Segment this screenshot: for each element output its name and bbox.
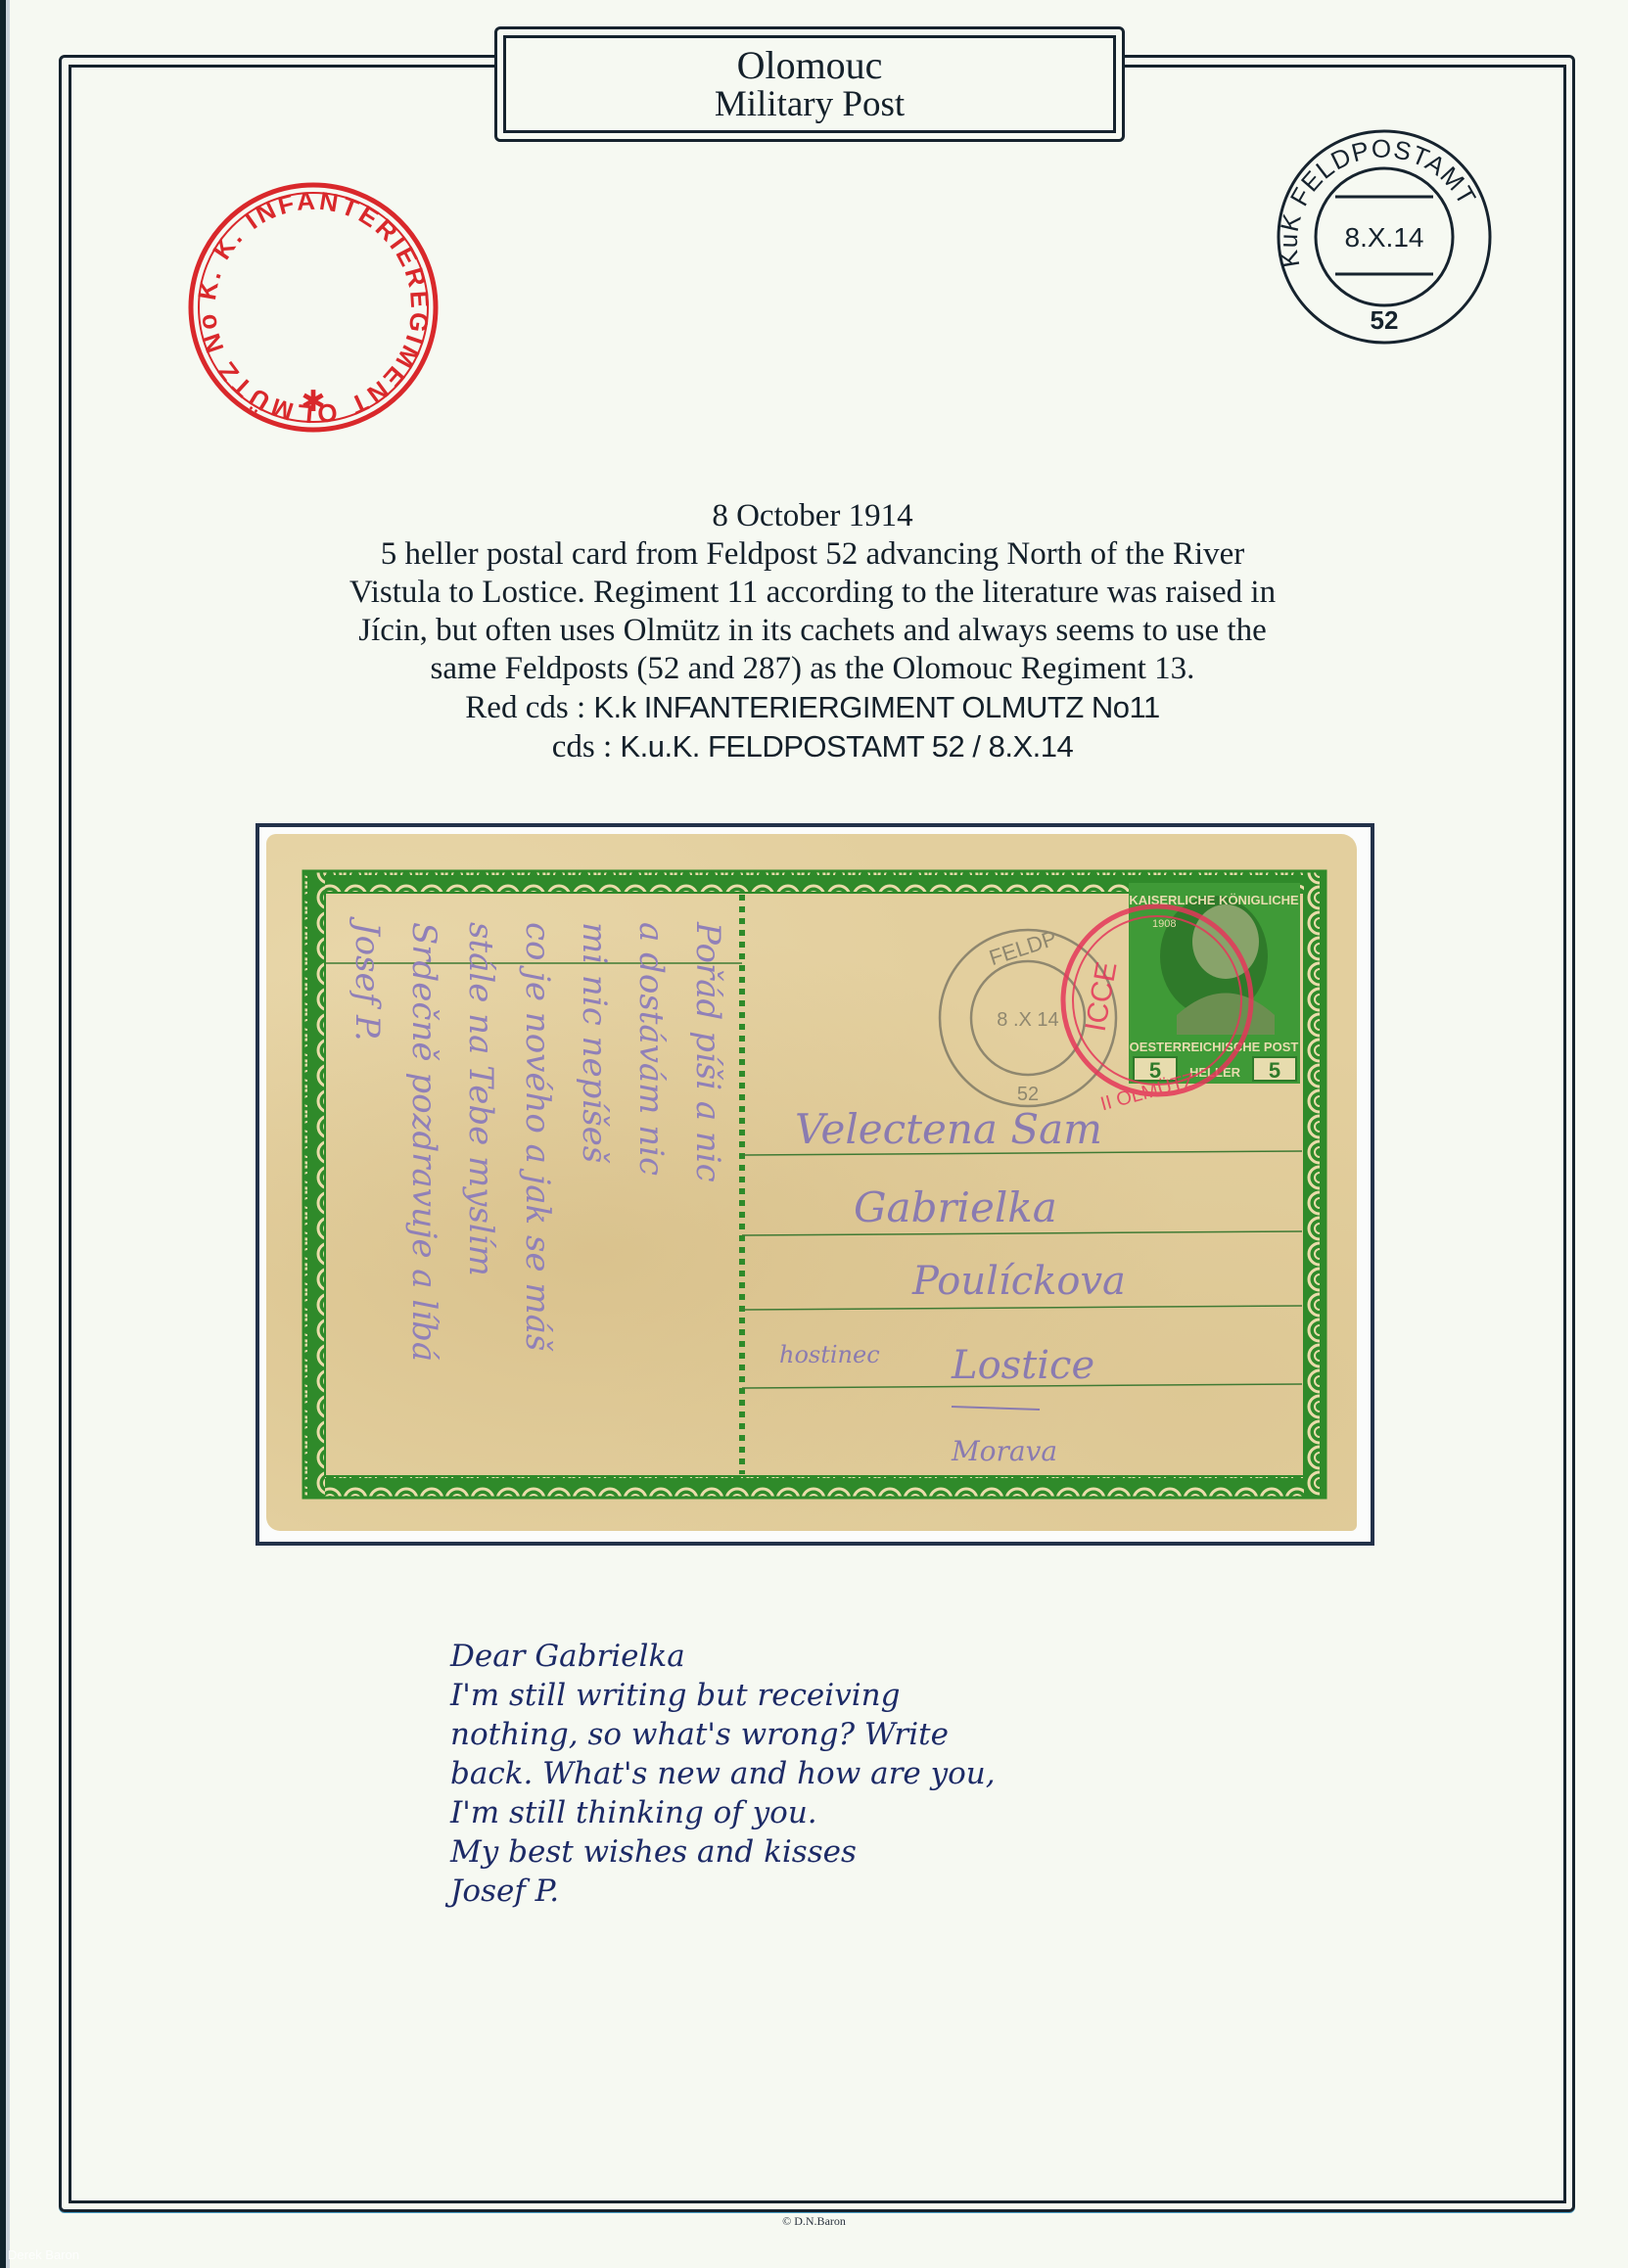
svg-text:Poulíckova: Poulíckova: [911, 1259, 1126, 1304]
address-handwriting: Velectena Sam Gabrielka Poulíckova hosti…: [779, 1105, 1126, 1467]
page-title: Olomouc: [737, 46, 883, 86]
svg-text:Pořád píši a nic: Pořád píši a nic: [688, 921, 727, 1182]
star-icon: ✱: [301, 385, 325, 419]
letter-line: nothing, so what's wrong? Write: [450, 1715, 1136, 1754]
imprinted-stamp-icon: KAISERLICHE KÖNIGLICHE OESTERREICHISCHE …: [1129, 883, 1300, 1084]
cds-line: cds : K.u.K. FELDPOSTAMT 52 / 8.X.14: [235, 727, 1390, 766]
watermark: Derek Baron: [8, 2247, 79, 2262]
description-block: 8 October 1914 5 heller postal card from…: [235, 497, 1390, 766]
svg-text:mi nic nepíšeš: mi nic nepíšeš: [575, 922, 614, 1164]
cds-date: 8.X.14: [1345, 222, 1424, 253]
svg-text:Velectena Sam: Velectena Sam: [795, 1105, 1102, 1153]
svg-text:FELDP: FELDP: [986, 925, 1059, 970]
frame-right: [1304, 871, 1326, 1498]
page-subtitle: Military Post: [715, 86, 905, 123]
svg-text:stále na Tebe myslím: stále na Tebe myslím: [461, 922, 500, 1276]
frame-left: [303, 871, 325, 1498]
description-date: 8 October 1914: [235, 497, 1390, 535]
description-line: Jícin, but often uses Olmütz in its cach…: [235, 612, 1390, 650]
letter-signature: Josef P.: [450, 1872, 1136, 1911]
description-line: Vistula to Lostice. Regiment 11 accordin…: [235, 574, 1390, 612]
svg-text:Josef P.: Josef P.: [348, 916, 387, 1041]
description-line: same Feldposts (52 and 287) as the Olomo…: [235, 650, 1390, 688]
svg-text:a dostávám nic: a dostávám nic: [631, 922, 671, 1176]
description-line: 5 heller postal card from Feldpost 52 ad…: [235, 535, 1390, 574]
message-handwriting: Pořád píši a nica dostávám nicmi nic nep…: [348, 916, 727, 1362]
scan-edge-highlight: [6, 0, 10, 2268]
svg-text:OESTERREICHISCHE POST: OESTERREICHISCHE POST: [1130, 1040, 1299, 1054]
feldpost-cds-icon: KuK FELDPOSTAMT 8.X.14 52: [1273, 125, 1496, 348]
copyright: © D.N.Baron: [0, 2214, 1628, 2229]
svg-text:Srdečně pozdravuje a líbá: Srdečně pozdravuje a líbá: [404, 922, 443, 1362]
cds-label: cds :: [552, 729, 612, 764]
frame-bottom: [303, 1476, 1326, 1498]
svg-text:52: 52: [1017, 1084, 1039, 1105]
svg-text:Lostice: Lostice: [951, 1343, 1094, 1388]
postcard: FELDP 8 .X 14 52 KAISERLICHE KÖNIGLICHE …: [266, 834, 1357, 1531]
svg-text:hostinec: hostinec: [779, 1341, 880, 1368]
red-cds-label: Red cds :: [465, 690, 585, 725]
letter-line: I'm still writing but receiving: [450, 1676, 1136, 1715]
letter-translation: Dear Gabrielka I'm still writing but rec…: [450, 1637, 1136, 1911]
letter-line: back. What's new and how are you,: [450, 1754, 1136, 1793]
letter-line: Dear Gabrielka: [450, 1637, 1136, 1676]
svg-text:Gabrielka: Gabrielka: [854, 1183, 1057, 1231]
svg-text:8 .X 14: 8 .X 14: [997, 1009, 1058, 1031]
svg-text:co je nového a jak se máš: co je nového a jak se máš: [518, 922, 557, 1352]
postcard-artwork: FELDP 8 .X 14 52 KAISERLICHE KÖNIGLICHE …: [266, 834, 1357, 1531]
svg-text:Morava: Morava: [951, 1435, 1057, 1467]
svg-text:1908: 1908: [1152, 918, 1176, 930]
letter-line: I'm still thinking of you.: [450, 1793, 1136, 1832]
red-regiment-cachet-icon: K. K. INFANTERIEREGIMENT OLMÜTZ No. 11 ✱: [184, 178, 442, 437]
red-cds-line: Red cds : K.k INFANTERIERGIMENT OLMUTZ N…: [235, 688, 1390, 727]
title-box-inner: Olomouc Military Post: [503, 35, 1116, 133]
red-cds-value: K.k INFANTERIERGIMENT OLMUTZ No11: [593, 690, 1159, 724]
cds-value: K.u.K. FELDPOSTAMT 52 / 8.X.14: [620, 729, 1073, 764]
cds-number: 52: [1371, 305, 1399, 335]
letter-line: My best wishes and kisses: [450, 1832, 1136, 1872]
svg-text:5: 5: [1269, 1058, 1280, 1083]
